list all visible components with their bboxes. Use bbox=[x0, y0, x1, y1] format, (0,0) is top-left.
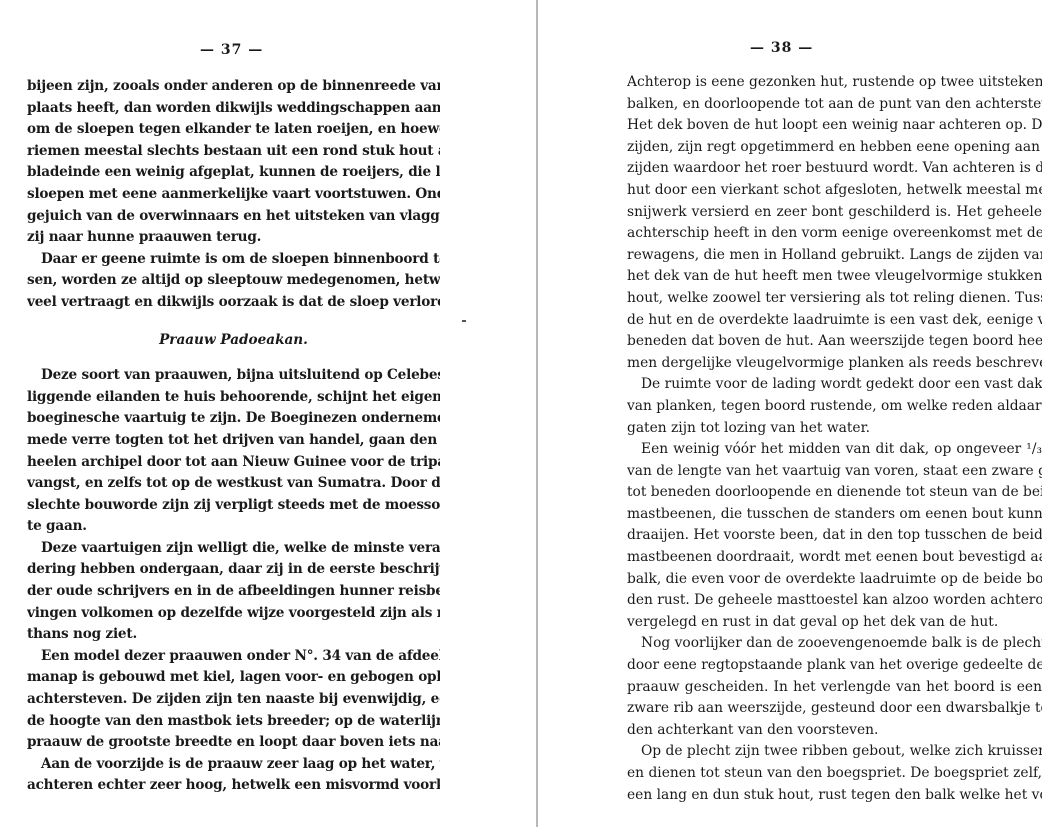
section-heading: Praauw Padoeakan. bbox=[27, 330, 440, 352]
text-line: manap is gebouwd met kiel, lagen voor- e… bbox=[27, 667, 440, 689]
paragraph: Een weinig vóór het midden van dit dak, … bbox=[627, 439, 1042, 633]
paragraph: De ruimte voor de lading wordt gedekt do… bbox=[627, 374, 1042, 439]
text-line: praauw gescheiden. In het verlengde van … bbox=[627, 677, 1042, 699]
text-line: de hoogte van den mastbok iets breeder; … bbox=[27, 711, 440, 733]
text-line: draaijen. Het voorste been, dat in den t… bbox=[627, 525, 1042, 547]
paragraph: Op de plecht zijn twee ribben gebout, we… bbox=[627, 741, 1042, 806]
text-line: een lang en dun stuk hout, rust tegen de… bbox=[627, 785, 1042, 807]
text-line: het dek van de hut heeft men twee vleuge… bbox=[627, 266, 1042, 288]
text-line: mede verre togten tot het drijven van ha… bbox=[27, 430, 440, 452]
page-number: — 37 — bbox=[200, 42, 263, 58]
text-line: Op de plecht zijn twee ribben gebout, we… bbox=[627, 741, 1042, 763]
text-line: van de lengte van het vaartuig van voren… bbox=[627, 461, 1042, 483]
text-line: sen, worden ze altijd op sleeptouw medeg… bbox=[27, 270, 440, 292]
text-line: slechte bouworde zijn zij verpligt steed… bbox=[27, 495, 440, 517]
text-line: de hut en de overdekte laadruimte is een… bbox=[627, 310, 1042, 332]
text-line: plaats heeft, dan worden dikwijls weddin… bbox=[27, 98, 440, 120]
text-line: hout, welke zoowel ter versiering als to… bbox=[627, 288, 1042, 310]
text-line: dering hebben ondergaan, daar zij in de … bbox=[27, 559, 440, 581]
text-line: balken, en doorloopende tot aan de punt … bbox=[627, 94, 1042, 116]
text-line: vangst, en zelfs tot op de westkust van … bbox=[27, 473, 440, 495]
text-line: sloepen met eene aanmerkelijke vaart voo… bbox=[27, 184, 440, 206]
text-line: gejuich van de overwinnaars en het uitst… bbox=[27, 206, 440, 228]
text-line: om de sloepen tegen elkander te laten ro… bbox=[27, 119, 440, 141]
paragraph: Achterop is eene gezonken hut, rustende … bbox=[627, 72, 1042, 374]
text-line: achteren echter zeer hoog, hetwelk een m… bbox=[27, 775, 440, 797]
text-line: liggende eilanden te huis behoorende, sc… bbox=[27, 387, 440, 409]
text-line: Deze vaartuigen zijn welligt die, welke … bbox=[27, 538, 440, 560]
paragraph: bijeen zijn, zooals onder anderen op de … bbox=[27, 76, 440, 249]
spacer bbox=[27, 351, 440, 365]
text-line: boeginesche vaartuig te zijn. De Boegine… bbox=[27, 408, 440, 430]
paragraph: Deze vaartuigen zijn welligt die, welke … bbox=[27, 538, 440, 646]
right-page-body: Achterop is eene gezonken hut, rustende … bbox=[627, 72, 1042, 806]
text-line: praauw de grootste breedte en loopt daar… bbox=[27, 732, 440, 754]
paragraph: Aan de voorzijde is de praauw zeer laag … bbox=[27, 754, 440, 797]
text-line: achtersteven. De zijden zijn ten naaste … bbox=[27, 689, 440, 711]
paragraph: Nog voorlijker dan de zooevengenoemde ba… bbox=[627, 633, 1042, 741]
text-line: zijden waardoor het roer bestuurd wordt.… bbox=[627, 158, 1042, 180]
text-line: der oude schrijvers en in de afbeeldinge… bbox=[27, 581, 440, 603]
text-line: gaten zijn tot lozing van het water. bbox=[627, 418, 1042, 440]
text-line: zijden, zijn regt opgetimmerd en hebben … bbox=[627, 137, 1042, 159]
text-line: Nog voorlijker dan de zooevengenoemde ba… bbox=[627, 633, 1042, 655]
paragraph: Deze soort van praauwen, bijna uitsluite… bbox=[27, 365, 440, 538]
page-number: — 38 — bbox=[750, 40, 813, 56]
text-line: den achterkant van den voorsteven. bbox=[627, 720, 1042, 742]
text-line: riemen meestal slechts bestaan uit een r… bbox=[27, 141, 440, 163]
text-line: zware rib aan weerszijde, gesteund door … bbox=[627, 698, 1042, 720]
left-page: — 37 — bijeen zijn, zooals onder anderen… bbox=[0, 0, 537, 827]
text-line: achterschip heeft in den vorm eenige ove… bbox=[627, 223, 1042, 245]
text-line: den rust. De geheele masttoestel kan alz… bbox=[627, 590, 1042, 612]
text-line: zij naar hunne praauwen terug. bbox=[27, 227, 440, 249]
text-line: bijeen zijn, zooals onder anderen op de … bbox=[27, 76, 440, 98]
text-line: De ruimte voor de lading wordt gedekt do… bbox=[627, 374, 1042, 396]
text-line: Daar er geene ruimte is om de sloepen bi… bbox=[27, 249, 440, 271]
text-line: vingen volkomen op dezelfde wijze voorge… bbox=[27, 603, 440, 625]
right-page: — 38 — Achterop is eene gezonken hut, ru… bbox=[538, 0, 1064, 827]
text-line: snijwerk versierd en zeer bont geschilde… bbox=[627, 202, 1042, 224]
text-line: te gaan. bbox=[27, 516, 440, 538]
text-line: men dergelijke vleugelvormige planken al… bbox=[627, 353, 1042, 375]
text-line: van planken, tegen boord rustende, om we… bbox=[627, 396, 1042, 418]
paragraph: Daar er geene ruimte is om de sloepen bi… bbox=[27, 249, 440, 314]
left-page-body: bijeen zijn, zooals onder anderen op de … bbox=[27, 76, 440, 797]
text-line: tot beneden doorloopende en dienende tot… bbox=[627, 482, 1042, 504]
text-line: hut door een vierkant schot afgesloten, … bbox=[627, 180, 1042, 202]
text-line: Een weinig vóór het midden van dit dak, … bbox=[627, 439, 1042, 461]
text-line: heelen archipel door tot aan Nieuw Guine… bbox=[27, 452, 440, 474]
text-line: rewagens, die men in Holland gebruikt. L… bbox=[627, 245, 1042, 267]
text-line: vergelegd en rust in dat geval op het de… bbox=[627, 612, 1042, 634]
text-line: Deze soort van praauwen, bijna uitsluite… bbox=[27, 365, 440, 387]
text-line: en dienen tot steun van den boegspriet. … bbox=[627, 763, 1042, 785]
text-line: beneden dat boven de hut. Aan weerszijde… bbox=[627, 331, 1042, 353]
text-line: balk, die even voor de overdekte laadrui… bbox=[627, 569, 1042, 591]
text-line: Achterop is eene gezonken hut, rustende … bbox=[627, 72, 1042, 94]
text-line: door eene regtopstaande plank van het ov… bbox=[627, 655, 1042, 677]
text-line: veel vertraagt en dikwijls oorzaak is da… bbox=[27, 292, 440, 314]
text-line: Een model dezer praauwen onder N°. 34 va… bbox=[27, 646, 440, 668]
text-line: mastbeenen, die tusschen de standers om … bbox=[627, 504, 1042, 526]
paragraph: Een model dezer praauwen onder N°. 34 va… bbox=[27, 646, 440, 754]
text-line: bladeinde een weinig afgeplat, kunnen de… bbox=[27, 162, 440, 184]
text-line: Het dek boven de hut loopt een weinig na… bbox=[627, 115, 1042, 137]
spacer bbox=[27, 314, 440, 330]
gutter-mark bbox=[462, 320, 466, 322]
text-line: thans nog ziet. bbox=[27, 624, 440, 646]
text-line: mastbeenen doordraait, wordt met eenen b… bbox=[627, 547, 1042, 569]
text-line: Aan de voorzijde is de praauw zeer laag … bbox=[27, 754, 440, 776]
